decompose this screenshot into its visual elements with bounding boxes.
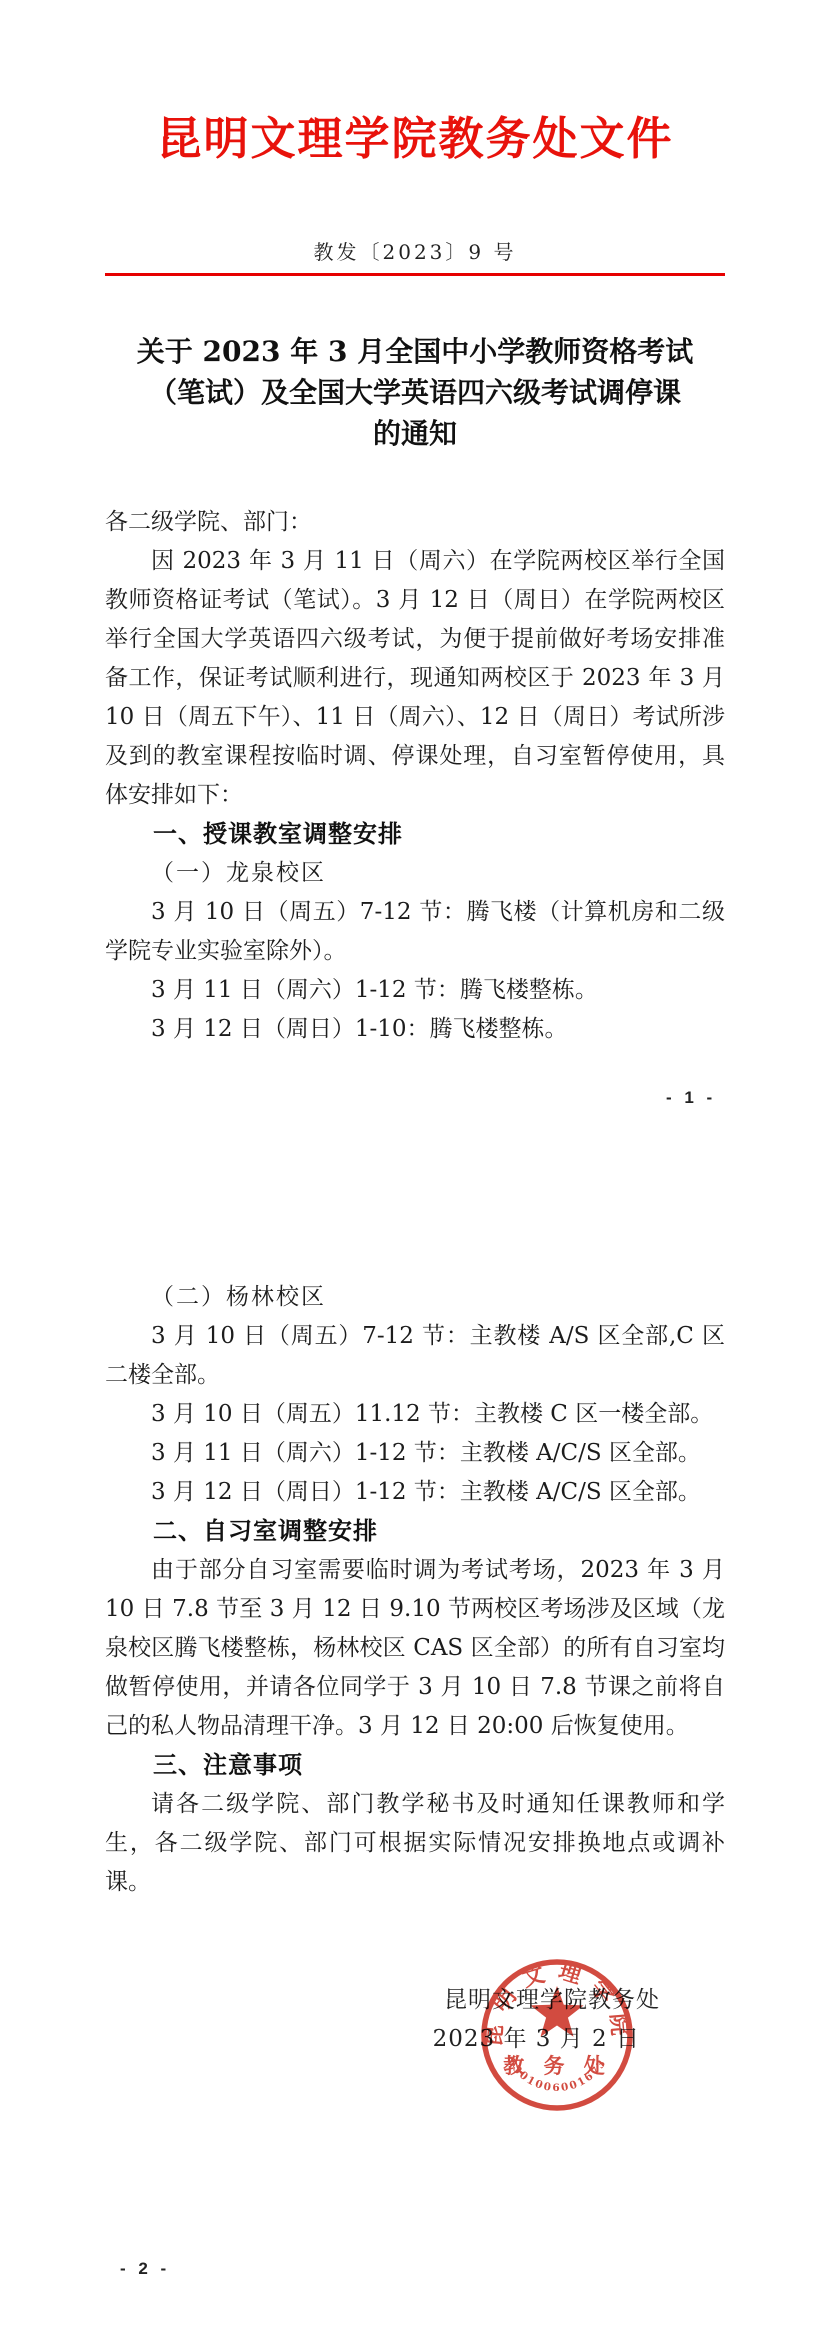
notice-title-line-1: 关于 2023 年 3 月全国中小学教师资格考试 [85,331,745,372]
section2-paragraph: 由于部分自习室需要临时调为考试考场，2023 年 3 月 10 日 7.8 节至… [105,1551,725,1746]
campus1-item: 3 月 10 日（周五）7-12 节：腾飞楼（计算机房和二级学院专业实验室除外）… [105,893,725,971]
campus2-item: 3 月 11 日（周六）1-12 节：主教楼 A/C/S 区全部。 [105,1434,725,1473]
notice-title: 关于 2023 年 3 月全国中小学教师资格考试 （笔试）及全国大学英语四六级考… [85,331,745,454]
section1-heading: 一、授课教室调整安排 [105,815,725,854]
campus1-item: 3 月 11 日（周六）1-12 节：腾飞楼整栋。 [105,971,725,1010]
red-divider-rule [105,273,725,276]
page1-number: - 1 - [666,1088,716,1108]
seal-star-icon [530,1986,583,2037]
page2-body: （二）杨林校区 3 月 10 日（周五）7-12 节：主教楼 A/S 区全部,C… [105,1278,725,1902]
page2-number: - 2 - [120,2259,170,2279]
campus1-heading: （一）龙泉校区 [105,854,725,893]
official-seal: 昆明文理学院 教 务 处 5301006001673 [478,1956,636,2114]
page1-body: 各二级学院、部门： 因 2023 年 3 月 11 日（周六）在学院两校区举行全… [105,503,725,1049]
document-page: 昆明文理学院教务处文件 教发〔2023〕9 号 关于 2023 年 3 月全国中… [0,0,830,2346]
notice-title-line-3: 的通知 [85,413,745,454]
salutation: 各二级学院、部门： [105,503,725,542]
campus2-item: 3 月 12 日（周日）1-12 节：主教楼 A/C/S 区全部。 [105,1473,725,1512]
section2-heading: 二、自习室调整安排 [105,1512,725,1551]
campus1-item: 3 月 12 日（周日）1-10：腾飞楼整栋。 [105,1010,725,1049]
section3-heading: 三、注意事项 [105,1746,725,1785]
campus2-item: 3 月 10 日（周五）11.12 节：主教楼 C 区一楼全部。 [105,1395,725,1434]
campus2-heading: （二）杨林校区 [105,1278,725,1317]
section3-paragraph: 请各二级学院、部门教学秘书及时通知任课教师和学生，各二级学院、部门可根据实际情况… [105,1785,725,1902]
intro-paragraph: 因 2023 年 3 月 11 日（周六）在学院两校区举行全国教师资格证考试（笔… [105,542,725,815]
document-header-title: 昆明文理学院教务处文件 [0,110,830,168]
document-number: 教发〔2023〕9 号 [0,236,830,265]
campus2-item: 3 月 10 日（周五）7-12 节：主教楼 A/S 区全部,C 区二楼全部。 [105,1317,725,1395]
notice-title-line-2: （笔试）及全国大学英语四六级考试调停课 [85,372,745,413]
